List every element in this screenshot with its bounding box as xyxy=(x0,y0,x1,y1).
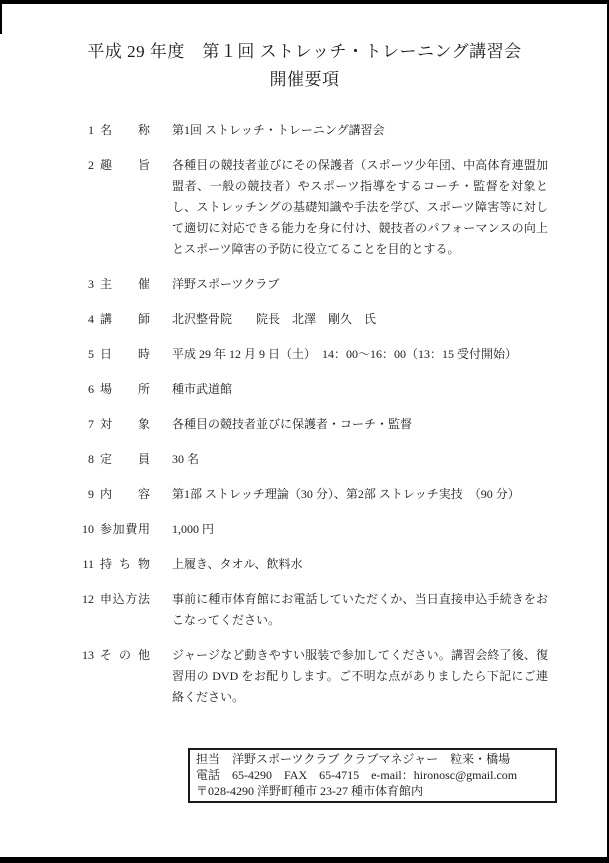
item-number: 9 xyxy=(82,484,94,505)
item-label: 申込方法 xyxy=(100,589,150,631)
item-text: 30 名 xyxy=(172,449,548,470)
item-row-other: 13 その他 ジャージなど動きやすい服装で参加してください。講習会終了後、復習用… xyxy=(82,645,609,708)
title-line-1: 平成 29 年度 第１回 ストレッチ・トレーニング講習会 xyxy=(0,38,609,66)
item-number: 7 xyxy=(82,414,94,435)
item-text: ジャージなど動きやすい服装で参加してください。講習会終了後、復習用の DVD を… xyxy=(172,645,548,708)
item-number: 12 xyxy=(82,589,94,631)
item-row-datetime: 5 日時 平成 29 年 12 月 9 日（土） 14：00～16：00（13：… xyxy=(82,344,609,365)
item-text: 上履き、タオル、飲料水 xyxy=(172,554,548,575)
item-row-target: 7 対象 各種目の競技者並びに保護者・コーチ・監督 xyxy=(82,414,609,435)
item-label: その他 xyxy=(100,645,150,708)
item-text: 第1部 ストレッチ理論（30 分）、第2部 ストレッチ実技 （90 分） xyxy=(172,484,548,505)
scan-border-bottom xyxy=(0,857,609,863)
item-text: 平成 29 年 12 月 9 日（土） 14：00～16：00（13：15 受付… xyxy=(172,344,548,365)
item-text: 1,000 円 xyxy=(172,519,548,540)
item-row-capacity: 8 定員 30 名 xyxy=(82,449,609,470)
document-page: 平成 29 年度 第１回 ストレッチ・トレーニング講習会 開催要項 1 名称 第… xyxy=(0,0,609,863)
item-row-organizer: 3 主催 洋野スポーツクラブ xyxy=(82,274,609,295)
item-list: 1 名称 第1回 ストレッチ・トレーニング講習会 2 趣旨 各種目の競技者並びに… xyxy=(82,120,609,708)
item-label: 名称 xyxy=(100,120,150,141)
item-row-application: 12 申込方法 事前に種市体育館にお電話していただくか、当日直接申込手続きをおこ… xyxy=(82,589,609,631)
item-label: 趣旨 xyxy=(100,155,150,260)
contact-phone-email-line: 電話 65-4290 FAX 65-4715 e-mail：hironosc@g… xyxy=(196,767,549,783)
item-label: 主催 xyxy=(100,274,150,295)
item-row-fee: 10 参加費用 1,000 円 xyxy=(82,519,609,540)
item-text: 第1回 ストレッチ・トレーニング講習会 xyxy=(172,120,548,141)
item-number: 11 xyxy=(82,554,94,575)
item-number: 8 xyxy=(82,449,94,470)
item-number: 2 xyxy=(82,155,94,260)
item-text: 北沢整骨院 院長 北澤 剛久 氏 xyxy=(172,309,548,330)
item-text: 種市武道館 xyxy=(172,379,548,400)
item-row-name: 1 名称 第1回 ストレッチ・トレーニング講習会 xyxy=(82,120,609,141)
document-title: 平成 29 年度 第１回 ストレッチ・トレーニング講習会 開催要項 xyxy=(0,38,609,94)
item-text: 各種目の競技者並びにその保護者（スポーツ少年団、中高体育連盟加盟者、一般の競技者… xyxy=(172,155,548,260)
item-number: 1 xyxy=(82,120,94,141)
item-row-contents: 9 内容 第1部 ストレッチ理論（30 分）、第2部 ストレッチ実技 （90 分… xyxy=(82,484,609,505)
contact-address-line: 〒028-4290 洋野町種市 23-27 種市体育館内 xyxy=(196,783,549,799)
contact-box: 担当 洋野スポーツクラブ クラブマネジャー 粒来・橋場 電話 65-4290 F… xyxy=(188,748,557,803)
item-label: 日時 xyxy=(100,344,150,365)
contact-person-line: 担当 洋野スポーツクラブ クラブマネジャー 粒来・橋場 xyxy=(196,751,549,767)
item-text: 事前に種市体育館にお電話していただくか、当日直接申込手続きをおこなってください。 xyxy=(172,589,548,631)
item-number: 4 xyxy=(82,309,94,330)
item-label: 講師 xyxy=(100,309,150,330)
item-label: 定員 xyxy=(100,449,150,470)
item-row-purpose: 2 趣旨 各種目の競技者並びにその保護者（スポーツ少年団、中高体育連盟加盟者、一… xyxy=(82,155,609,260)
item-number: 5 xyxy=(82,344,94,365)
scan-border-top xyxy=(0,0,609,4)
item-number: 13 xyxy=(82,645,94,708)
item-label: 参加費用 xyxy=(100,519,150,540)
item-row-belongings: 11 持ち物 上履き、タオル、飲料水 xyxy=(82,554,609,575)
item-text: 洋野スポーツクラブ xyxy=(172,274,548,295)
item-label: 対象 xyxy=(100,414,150,435)
item-number: 10 xyxy=(82,519,94,540)
item-row-place: 6 場所 種市武道館 xyxy=(82,379,609,400)
item-number: 3 xyxy=(82,274,94,295)
title-line-2: 開催要項 xyxy=(0,66,609,94)
item-label: 場所 xyxy=(100,379,150,400)
scan-border-left-artifact xyxy=(0,0,2,34)
item-label: 持ち物 xyxy=(100,554,150,575)
item-label: 内容 xyxy=(100,484,150,505)
item-row-lecturer: 4 講師 北沢整骨院 院長 北澤 剛久 氏 xyxy=(82,309,609,330)
item-number: 6 xyxy=(82,379,94,400)
item-text: 各種目の競技者並びに保護者・コーチ・監督 xyxy=(172,414,548,435)
